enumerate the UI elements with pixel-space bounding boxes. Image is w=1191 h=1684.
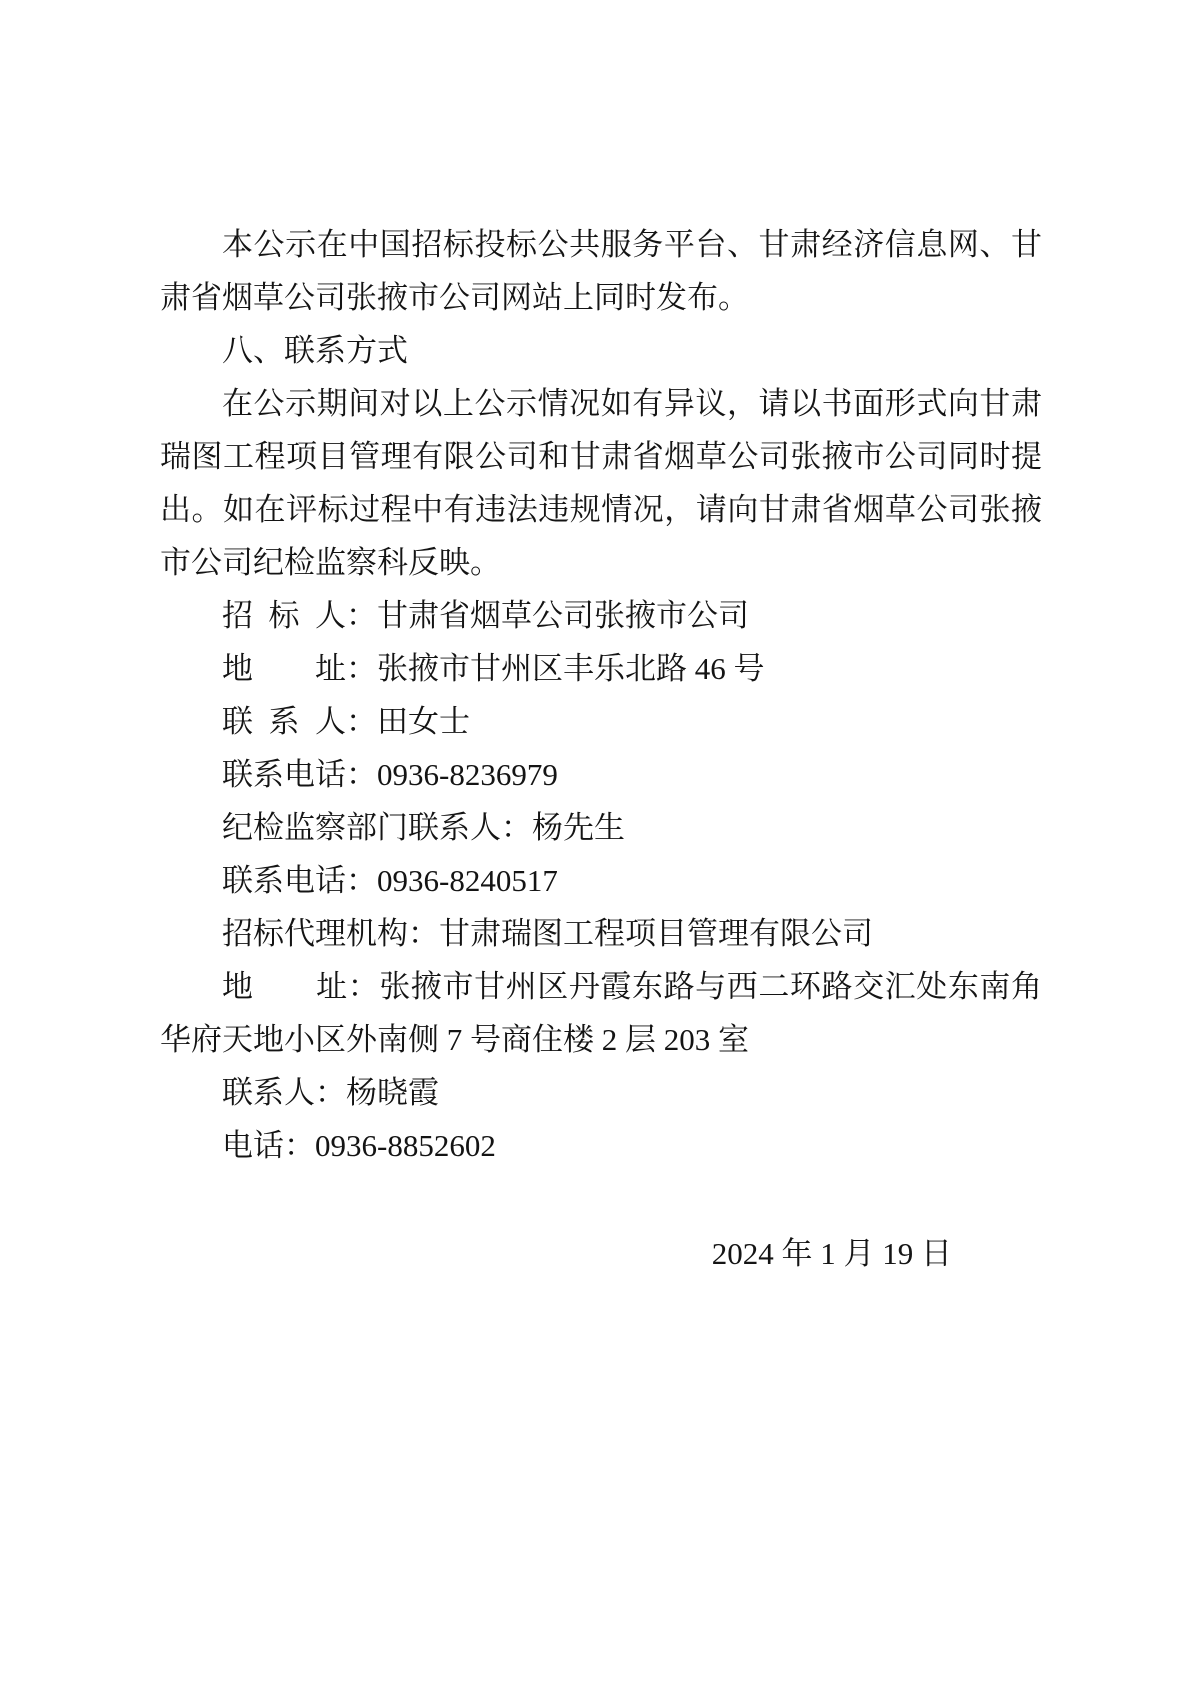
section-8-heading: 八、联系方式 [160, 324, 1042, 377]
discipline-phone-line: 联系电话：0936-8240517 [160, 854, 1042, 907]
agency-line: 招标代理机构：甘肃瑞图工程项目管理有限公司 [160, 907, 1042, 960]
agency-phone-line: 电话：0936-8852602 [160, 1119, 1042, 1172]
agency-contact-person-line: 联系人：杨晓霞 [160, 1066, 1042, 1119]
agency-address-line: 地 址：张掖市甘州区丹霞东路与西二环路交汇处东南角华府天地小区外南侧 7 号商住… [160, 960, 1042, 1066]
document-body: 本公示在中国招标投标公共服务平台、甘肃经济信息网、甘肃省烟草公司张掖市公司网站上… [160, 218, 1042, 1280]
date-line: 2024 年 1 月 19 日 [160, 1227, 1042, 1280]
tenderer-contact-person-line: 联 系 人：田女士 [160, 695, 1042, 748]
tenderer-phone-line: 联系电话：0936-8236979 [160, 748, 1042, 801]
objection-procedure-paragraph: 在公示期间对以上公示情况如有异议，请以书面形式向甘肃瑞图工程项目管理有限公司和甘… [160, 377, 1042, 589]
publish-platforms-paragraph: 本公示在中国招标投标公共服务平台、甘肃经济信息网、甘肃省烟草公司张掖市公司网站上… [160, 218, 1042, 324]
tenderer-address-line: 地 址：张掖市甘州区丰乐北路 46 号 [160, 642, 1042, 695]
discipline-contact-person-line: 纪检监察部门联系人：杨先生 [160, 801, 1042, 854]
document-page: 本公示在中国招标投标公共服务平台、甘肃经济信息网、甘肃省烟草公司张掖市公司网站上… [0, 0, 1191, 1684]
tenderer-line: 招 标 人：甘肃省烟草公司张掖市公司 [160, 589, 1042, 642]
